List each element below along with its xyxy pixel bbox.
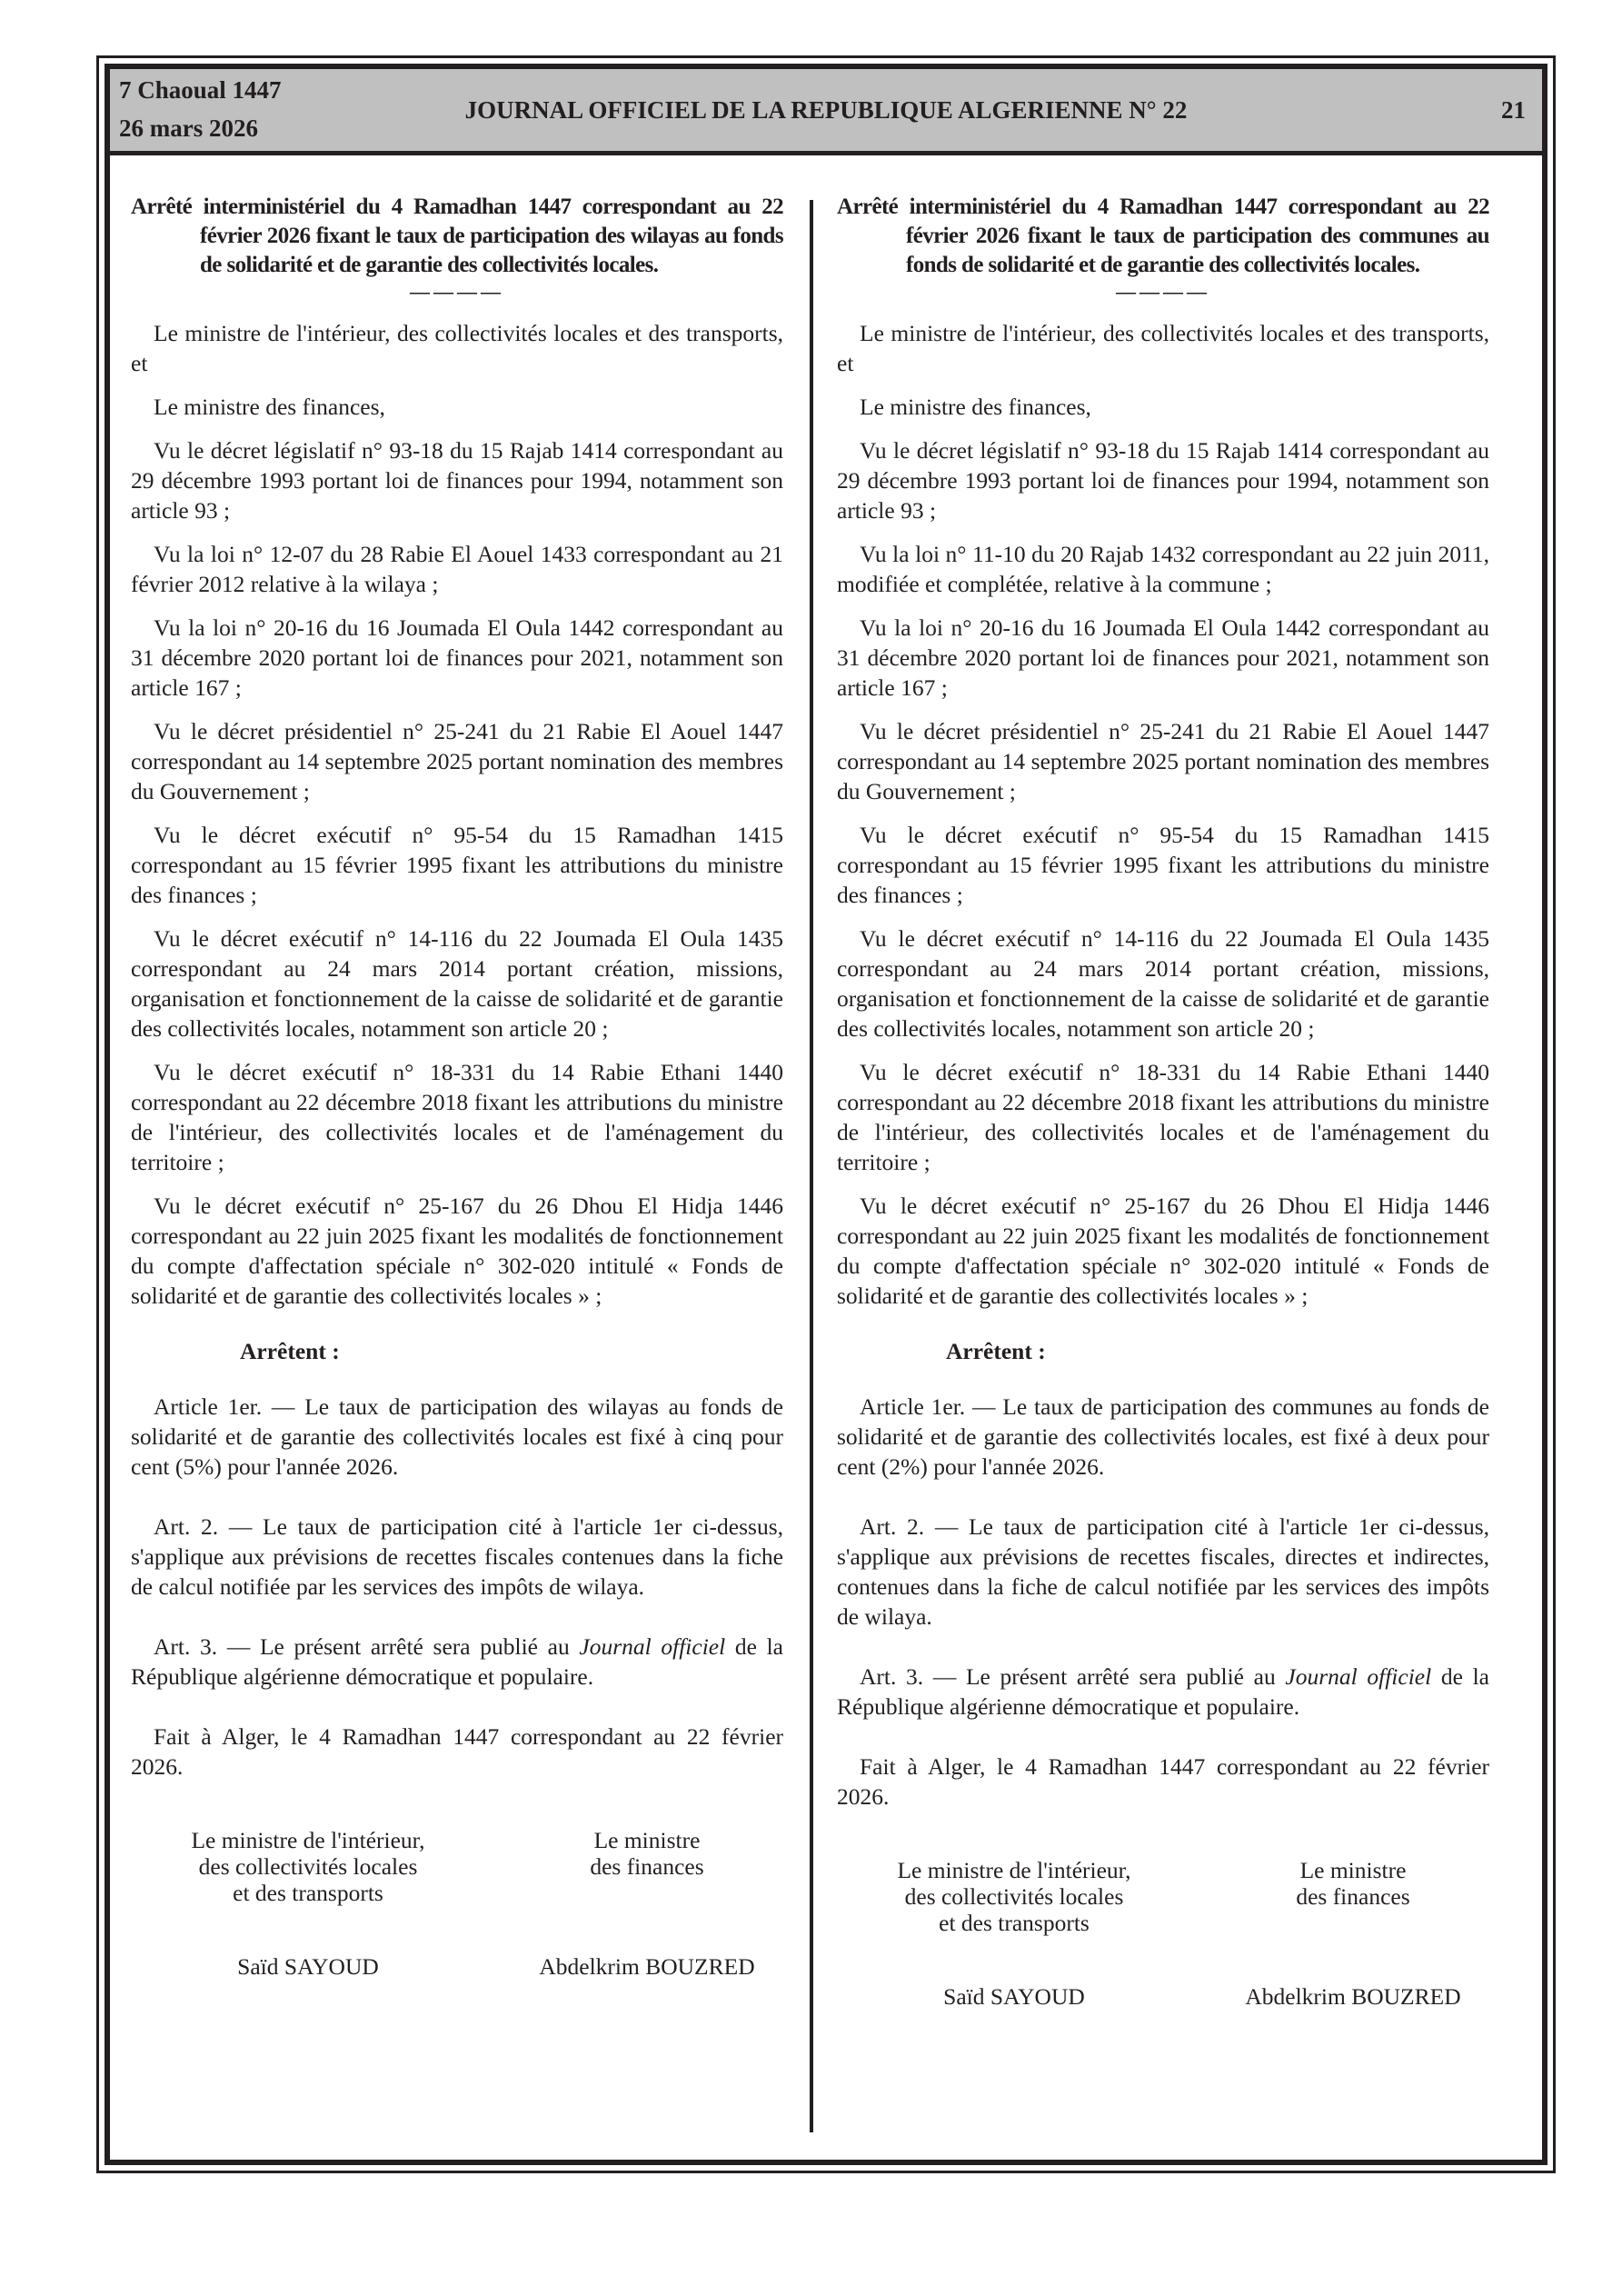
journal-officiel-italic: Journal officiel — [579, 1633, 725, 1660]
signatory-title-line: Le ministre — [1217, 1857, 1489, 1883]
preamble-paragraph: Vu le décret exécutif n° 25-167 du 26 Dh… — [837, 1191, 1489, 1311]
signatory-interior-name: Saïd SAYOUD — [131, 1952, 485, 1982]
article-1: Article 1er. — Le taux de participation … — [131, 1392, 783, 1482]
article-3: Art. 3. — Le présent arrêté sera publié … — [837, 1662, 1489, 1722]
journal-officiel-italic: Journal officiel — [1285, 1663, 1431, 1690]
article-3-text: Art. 3. — Le présent arrêté sera publié … — [154, 1633, 579, 1660]
signatory-names: Saïd SAYOUD Abdelkrim BOUZRED — [837, 1982, 1489, 2011]
preamble-paragraph: Le ministre de l'intérieur, des collecti… — [837, 318, 1489, 378]
preamble-paragraph: Vu la loi n° 20-16 du 16 Joumada El Oula… — [837, 613, 1489, 703]
signatory-finance-title: Le ministre des finances — [1217, 1857, 1489, 1936]
preamble-paragraph: Vu la loi n° 11-10 du 20 Rajab 1432 corr… — [837, 539, 1489, 599]
page-number: 21 — [1501, 92, 1526, 128]
article-2: Art. 2. — Le taux de participation cité … — [837, 1512, 1489, 1632]
preamble-paragraph: Vu la loi n° 20-16 du 16 Joumada El Oula… — [131, 613, 783, 703]
decree-title: Arrêté interministériel du 4 Ramadhan 14… — [131, 193, 783, 280]
signatory-interior-name: Saïd SAYOUD — [837, 1982, 1191, 2011]
article-3: Art. 3. — Le présent arrêté sera publié … — [131, 1632, 783, 1692]
signatory-title-line: des collectivités locales — [837, 1883, 1191, 1910]
decree-wilayas: Arrêté interministériel du 4 Ramadhan 14… — [131, 193, 783, 1982]
preamble-paragraph: Vu le décret exécutif n° 25-167 du 26 Dh… — [131, 1191, 783, 1311]
article-1: Article 1er. — Le taux de participation … — [837, 1392, 1489, 1482]
fait-a-alger: Fait à Alger, le 4 Ramadhan 1447 corresp… — [837, 1752, 1489, 1812]
preamble-paragraph: Vu le décret présidentiel n° 25-241 du 2… — [837, 716, 1489, 806]
preamble-paragraph: Vu le décret exécutif n° 95-54 du 15 Ram… — [837, 820, 1489, 910]
signatory-title-line: des finances — [511, 1853, 783, 1880]
title-separator: ———— — [837, 280, 1489, 304]
signatory-title-line: et des transports — [131, 1880, 485, 1906]
preamble-paragraph: Vu le décret exécutif n° 18-331 du 14 Ra… — [837, 1057, 1489, 1177]
preamble-paragraph: Le ministre de l'intérieur, des collecti… — [131, 318, 783, 378]
preamble-paragraph: Le ministre des finances, — [837, 392, 1489, 422]
arretent-heading: Arrêtent : — [131, 1336, 783, 1366]
column-divider — [810, 200, 813, 2132]
preamble-paragraph: Vu la loi n° 12-07 du 28 Rabie El Aouel … — [131, 539, 783, 599]
signatory-finance-title: Le ministre des finances — [511, 1827, 783, 1906]
signatory-titles: Le ministre de l'intérieur, des collecti… — [837, 1857, 1489, 1936]
article-3-text: Art. 3. — Le présent arrêté sera publié … — [860, 1663, 1285, 1690]
preamble-paragraph: Vu le décret exécutif n° 14-116 du 22 Jo… — [837, 923, 1489, 1043]
signatory-titles: Le ministre de l'intérieur, des collecti… — [131, 1827, 783, 1906]
preamble-paragraph: Vu le décret législatif n° 93-18 du 15 R… — [131, 435, 783, 525]
preamble-paragraph: Vu le décret législatif n° 93-18 du 15 R… — [837, 435, 1489, 525]
preamble-paragraph: Vu le décret exécutif n° 95-54 du 15 Ram… — [131, 820, 783, 910]
signatory-finance-name: Abdelkrim BOUZRED — [1217, 1982, 1489, 2011]
preamble-paragraph: Vu le décret exécutif n° 14-116 du 22 Jo… — [131, 923, 783, 1043]
preamble-paragraph: Vu le décret exécutif n° 18-331 du 14 Ra… — [131, 1057, 783, 1177]
decree-title: Arrêté interministériel du 4 Ramadhan 14… — [837, 193, 1489, 280]
signatory-title-line: des collectivités locales — [131, 1853, 485, 1880]
article-2: Art. 2. — Le taux de participation cité … — [131, 1512, 783, 1602]
signatory-finance-name: Abdelkrim BOUZRED — [511, 1952, 783, 1982]
decree-communes: Arrêté interministériel du 4 Ramadhan 14… — [837, 193, 1489, 2011]
signatory-title-line: des finances — [1217, 1883, 1489, 1910]
preamble-paragraph: Le ministre des finances, — [131, 392, 783, 422]
signatory-title-line: et des transports — [837, 1910, 1191, 1936]
title-separator: ———— — [131, 280, 783, 304]
signatory-title-line: Le ministre de l'intérieur, — [131, 1827, 485, 1853]
arretent-heading: Arrêtent : — [837, 1336, 1489, 1366]
signatory-interior-title: Le ministre de l'intérieur, des collecti… — [131, 1827, 485, 1906]
journal-header: 7 Chaoual 1447 26 mars 2026 JOURNAL OFFI… — [110, 69, 1542, 155]
signatory-names: Saïd SAYOUD Abdelkrim BOUZRED — [131, 1952, 783, 1982]
signatory-interior-title: Le ministre de l'intérieur, des collecti… — [837, 1857, 1191, 1936]
signatory-title-line: Le ministre — [511, 1827, 783, 1853]
fait-a-alger: Fait à Alger, le 4 Ramadhan 1447 corresp… — [131, 1722, 783, 1782]
preamble-paragraph: Vu le décret présidentiel n° 25-241 du 2… — [131, 716, 783, 806]
journal-title: JOURNAL OFFICIEL DE LA REPUBLIQUE ALGERI… — [110, 92, 1542, 128]
signatory-title-line: Le ministre de l'intérieur, — [837, 1857, 1191, 1883]
